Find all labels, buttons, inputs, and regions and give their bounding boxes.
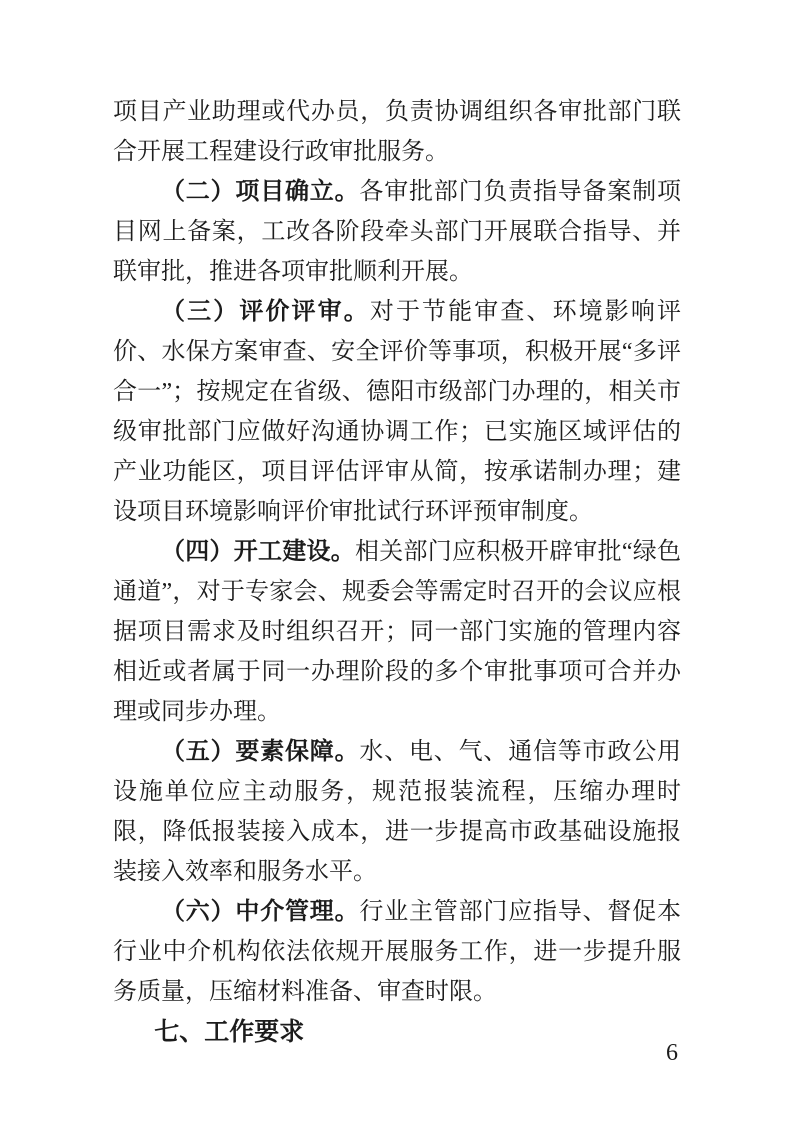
- paragraph-lead: （二）项目确立。: [161, 179, 359, 205]
- paragraph-item-4: （四）开工建设。相关部门应积极开辟审批“绿色通道”，对于专家会、规委会等需定时召…: [113, 532, 681, 732]
- paragraph-item-6: （六）中介管理。行业主管部门应指导、督促本行业中介机构依法依规开展服务工作，进一…: [113, 892, 681, 1012]
- paragraph-text: 对于节能审查、环境影响评价、水保方案审查、安全评价等事项，积极开展“多评合一”；…: [113, 299, 681, 525]
- paragraph-lead: （四）开工建设。: [161, 539, 355, 565]
- paragraph-item-2: （二）项目确立。各审批部门负责指导备案制项目网上备案，工改各阶段牵头部门开展联合…: [113, 172, 681, 292]
- paragraph-text: 项目产业助理或代办员，负责协调组织各审批部门联合开展工程建设行政审批服务。: [113, 99, 681, 165]
- paragraph-continuation: 项目产业助理或代办员，负责协调组织各审批部门联合开展工程建设行政审批服务。: [113, 92, 681, 172]
- text-block: 项目产业助理或代办员，负责协调组织各审批部门联合开展工程建设行政审批服务。 （二…: [113, 92, 681, 1052]
- section-heading: 七、工作要求: [113, 1012, 681, 1052]
- paragraph-lead: （五）要素保障。: [161, 739, 359, 765]
- paragraph-lead: （三）评价评审。: [161, 299, 370, 325]
- paragraph-item-5: （五）要素保障。水、电、气、通信等市政公用设施单位应主动服务，规范报装流程，压缩…: [113, 732, 681, 892]
- paragraph-lead: （六）中介管理。: [161, 899, 359, 925]
- document-page: 项目产业助理或代办员，负责协调组织各审批部门联合开展工程建设行政审批服务。 （二…: [0, 0, 793, 1122]
- paragraph-item-3: （三）评价评审。对于节能审查、环境影响评价、水保方案审查、安全评价等事项，积极开…: [113, 292, 681, 532]
- paragraph-text: 相关部门应积极开辟审批“绿色通道”，对于专家会、规委会等需定时召开的会议应根据项…: [113, 539, 681, 725]
- page-number: 6: [666, 1040, 678, 1067]
